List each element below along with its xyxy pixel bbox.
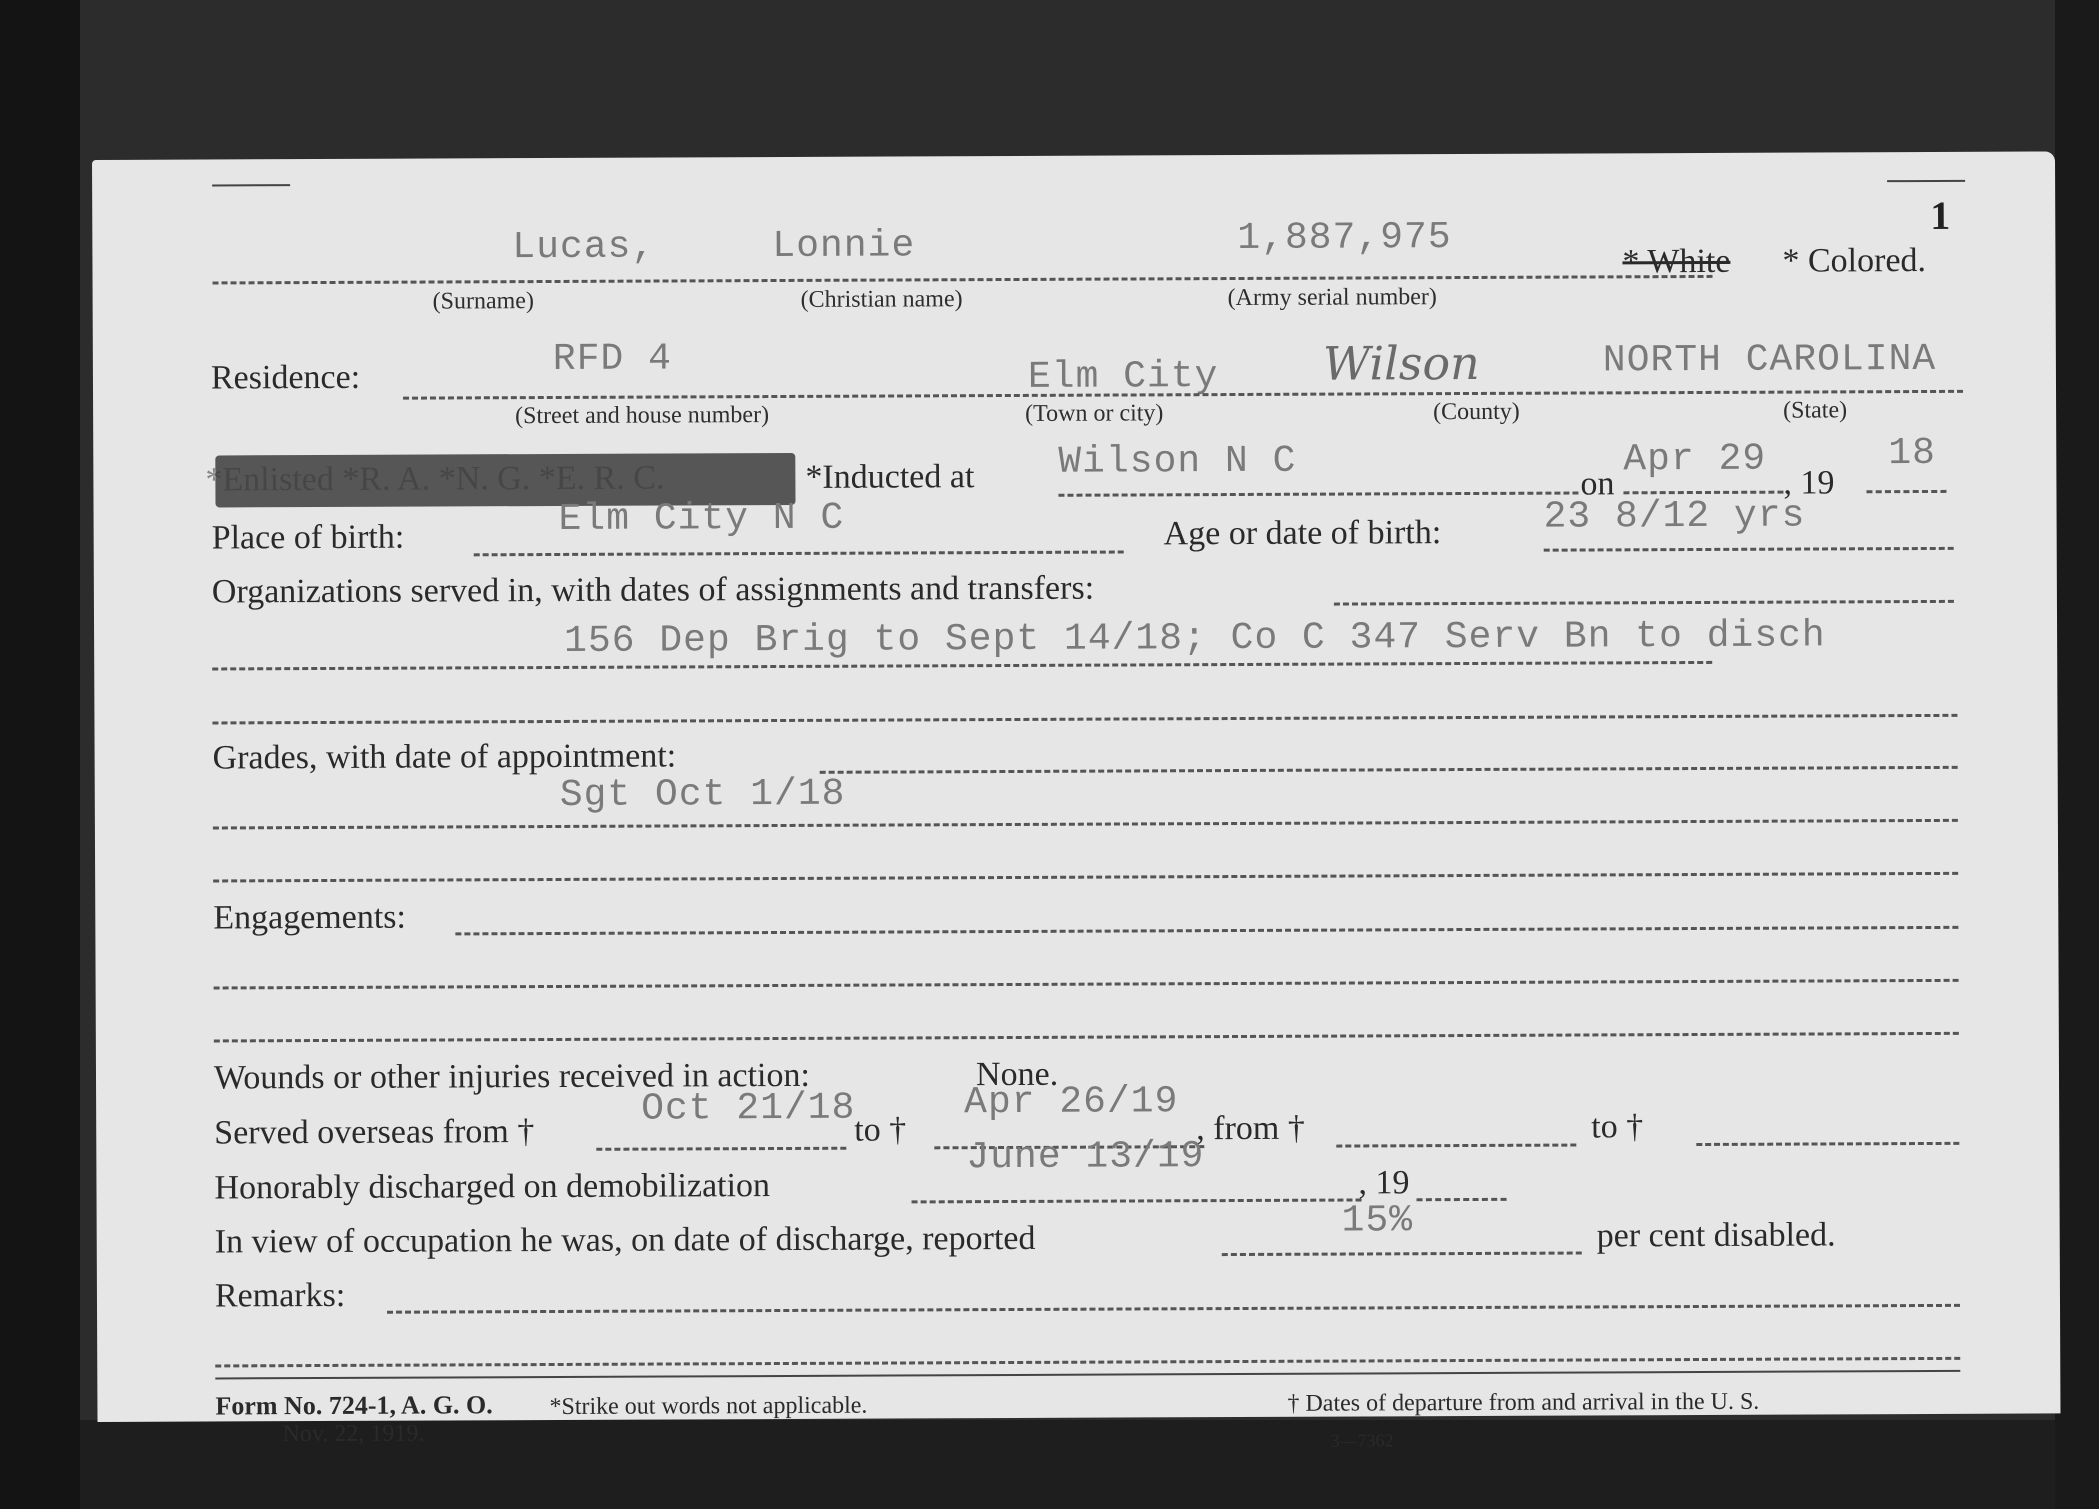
scan-border-right (2055, 0, 2099, 1509)
caption-christian-name: (Christian name) (801, 286, 963, 314)
remarks-line-2 (215, 1357, 1960, 1368)
residence-county-value: Wilson (1323, 336, 1480, 391)
inducted-place-line (1058, 492, 1578, 497)
disability-suffix: per cent disabled. (1597, 1216, 1836, 1255)
inducted-label: *Inducted at (805, 458, 974, 497)
form-number: Form No. 724-1, A. G. O. (215, 1390, 492, 1421)
disability-value: 15% (1342, 1199, 1414, 1242)
grades-header-line (820, 766, 1958, 774)
place-of-birth-line (474, 551, 1124, 557)
form-date: Nov. 22, 1919. (283, 1421, 425, 1449)
name-line (213, 275, 1713, 285)
surname-value: Lucas, (512, 226, 655, 270)
overseas-from2-line (1336, 1144, 1576, 1148)
card-number: 1 (1930, 192, 1950, 239)
residence-label: Residence: (211, 359, 360, 398)
overseas-from2-label: , from † (1196, 1110, 1305, 1148)
serial-number-value: 1,887,975 (1237, 216, 1451, 260)
grades-line-2 (213, 872, 1958, 883)
christian-name-value: Lonnie (772, 224, 915, 268)
grades-value: Sgt Oct 1/18 (560, 773, 846, 817)
organizations-line-1 (212, 661, 1712, 671)
place-of-birth-label: Place of birth: (212, 519, 405, 558)
age-line (1544, 547, 1954, 552)
overseas-to2-line (1696, 1142, 1959, 1146)
corner-rule-right (1887, 180, 1965, 182)
disability-label: In view of occupation he was, on date of… (215, 1220, 1036, 1262)
inducted-date-value: Apr 29 (1623, 438, 1766, 482)
overseas-to2-label: to † (1591, 1108, 1643, 1146)
footnote-dates: † Dates of departure from and arrival in… (1287, 1389, 1759, 1418)
corner-rule-left (212, 184, 290, 186)
overseas-to-label: to † (854, 1111, 906, 1149)
inducted-place-value: Wilson N C (1058, 440, 1296, 484)
disability-line (1222, 1252, 1582, 1257)
organizations-value: 156 Dep Brig to Sept 14/18; Co C 347 Ser… (564, 614, 1826, 663)
inducted-year-value: 18 (1888, 432, 1936, 475)
caption-street: (Street and house number) (515, 402, 769, 430)
engagements-line-2 (214, 979, 1959, 990)
discharge-date-line (912, 1198, 1362, 1203)
overseas-from-line (596, 1147, 846, 1151)
discharge-date-value: June 13/19 (966, 1135, 1204, 1179)
service-record-card: 1 Lucas, Lonnie 1,887,975 * White * Colo… (92, 151, 2060, 1422)
discharge-year-line (1417, 1198, 1507, 1201)
remarks-label: Remarks: (215, 1277, 345, 1316)
race-white-struck: * White (1622, 243, 1730, 281)
organizations-header-line (1334, 600, 1954, 606)
engagements-label: Engagements: (213, 899, 406, 938)
engagements-line-1 (455, 926, 1958, 936)
grades-line-1 (213, 819, 1958, 830)
age-label: Age or date of birth: (1164, 514, 1442, 553)
discharge-year-prefix: , 19 (1358, 1164, 1409, 1202)
overseas-from-value: Oct 21/18 (641, 1087, 855, 1131)
print-code: 3—7362 (1331, 1430, 1394, 1451)
overseas-from-label: Served overseas from † (214, 1113, 534, 1152)
caption-state: (State) (1783, 397, 1847, 424)
discharge-label: Honorably discharged on demobilization (214, 1167, 770, 1207)
inducted-year-line (1866, 490, 1946, 493)
caption-serial-number: (Army serial number) (1228, 284, 1437, 312)
race-colored: * Colored. (1782, 242, 1926, 281)
engagements-line-3 (214, 1032, 1959, 1043)
remarks-line-1 (387, 1304, 1960, 1314)
organizations-label: Organizations served in, with dates of a… (212, 570, 1094, 612)
footnote-strike: *Strike out words not applicable. (549, 1393, 867, 1421)
overseas-to-value: Apr 26/19 (964, 1080, 1178, 1124)
residence-street-value: RFD 4 (553, 337, 672, 381)
place-of-birth-value: Elm City N C (558, 497, 844, 541)
caption-surname: (Surname) (433, 288, 534, 315)
scan-border-left (0, 0, 80, 1509)
enlisted-options-redacted: *Enlisted *R. A. *N. G. *E. R. C. (205, 460, 664, 500)
residence-state-value: NORTH CAROLINA (1603, 338, 1936, 382)
caption-town: (Town or city) (1025, 400, 1163, 428)
grades-label: Grades, with date of appointment: (213, 737, 677, 777)
footer-rule (215, 1370, 1960, 1380)
organizations-line-2 (212, 714, 1957, 725)
caption-county: (County) (1433, 399, 1520, 426)
age-value: 23 8/12 yrs (1543, 495, 1805, 539)
